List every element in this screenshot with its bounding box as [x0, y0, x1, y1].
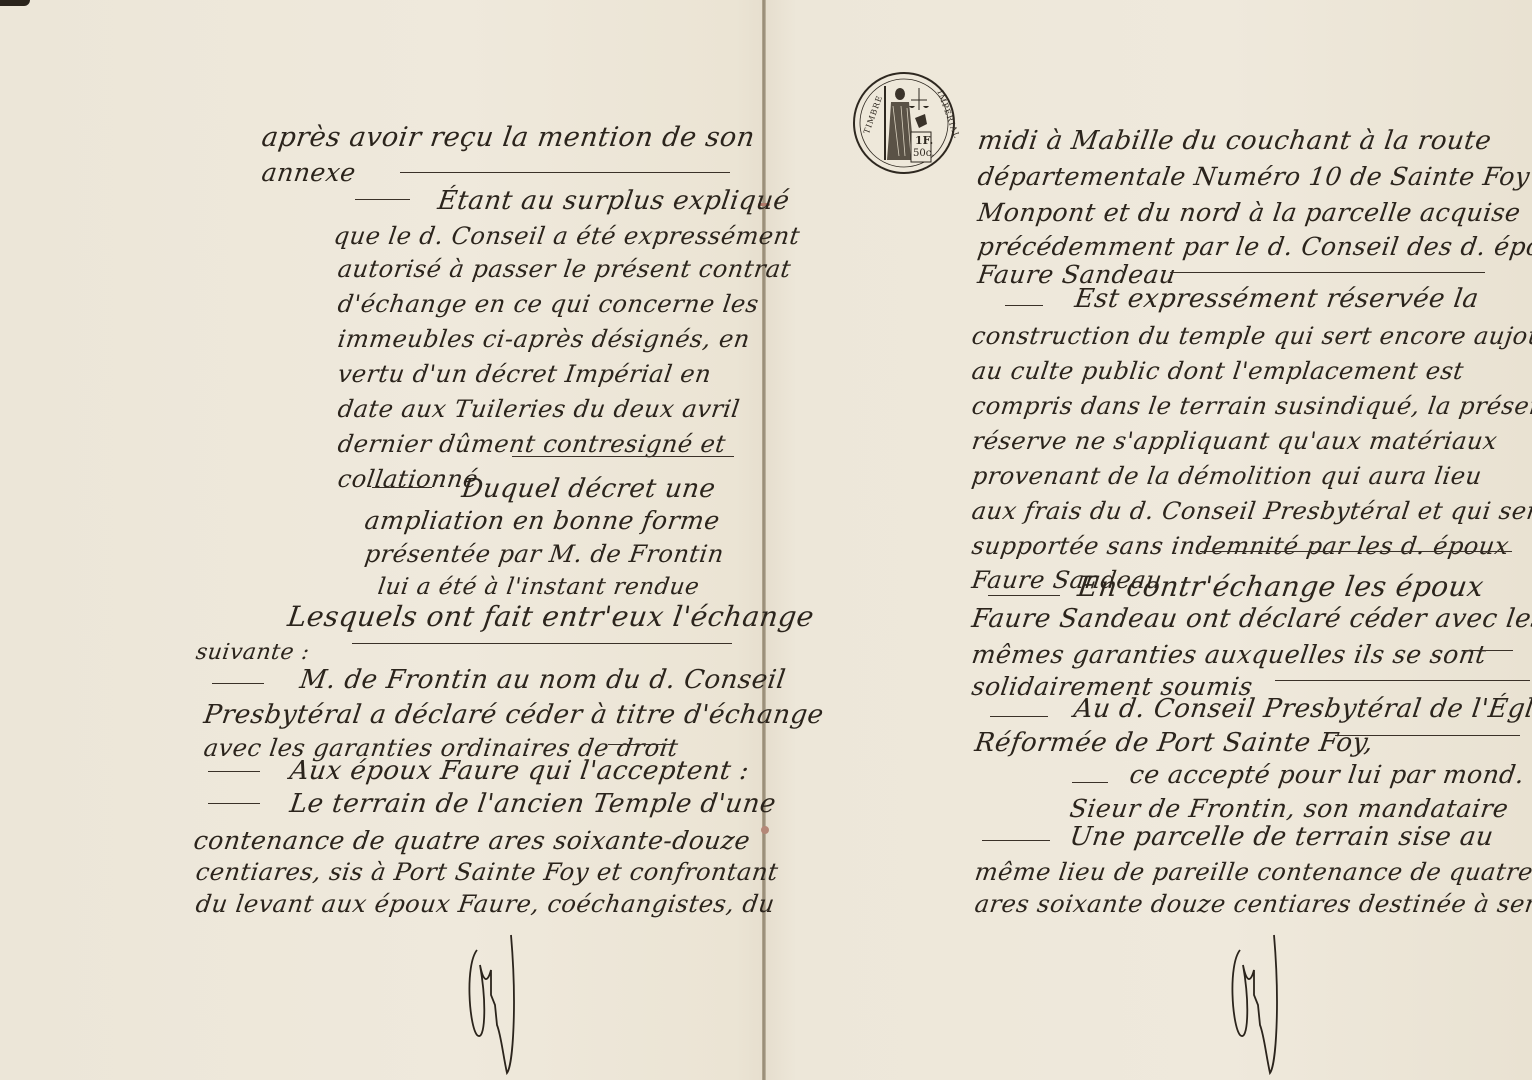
- text-line: ce accepté pour lui par mond.: [1128, 760, 1527, 789]
- initials-paraphe-icon: [455, 925, 535, 1075]
- dash: [212, 683, 264, 684]
- text-line: précédemment par le d. Conseil des d. ép…: [976, 232, 1532, 261]
- text-line: que le d. Conseil a été expressément: [332, 222, 802, 250]
- text-line: collationné: [336, 465, 480, 493]
- text-line: dernier dûment contresigné et: [336, 430, 728, 458]
- text-line: compris dans le terrain susindiqué, la p…: [970, 392, 1532, 420]
- text-line: Aux époux Faure qui l'acceptent :: [288, 756, 751, 786]
- dash: [982, 840, 1050, 841]
- text-line: Lesquels ont fait entr'eux l'échange: [286, 600, 817, 633]
- filler-rule: [400, 172, 730, 173]
- dash: [608, 744, 670, 745]
- text-line: immeubles ci-après désignés, en: [336, 325, 752, 353]
- filler-rule: [1170, 272, 1485, 273]
- text-line: suivante :: [194, 640, 311, 665]
- initials-paraphe-icon: [1218, 925, 1298, 1075]
- text-line: autorisé à passer le présent contrat: [336, 255, 793, 283]
- text-line: Le terrain de l'ancien Temple d'une: [288, 789, 778, 819]
- text-line: lui a été à l'instant rendue: [376, 574, 701, 600]
- text-line: réserve ne s'appliquant qu'aux matériaux: [970, 427, 1499, 455]
- text-line: Est expressément réservée la: [1073, 284, 1481, 314]
- text-line: Duquel décret une: [460, 474, 718, 504]
- filler-rule: [1335, 735, 1520, 736]
- text-line: après avoir reçu la mention de son: [260, 122, 757, 153]
- text-line: même lieu de pareille contenance de quat…: [973, 858, 1532, 886]
- text-line: d'échange en ce qui concerne les: [336, 290, 761, 318]
- text-line: provenant de la démolition qui aura lieu: [970, 462, 1484, 490]
- dash: [355, 199, 410, 200]
- left-page: après avoir reçu la mention de son annex…: [0, 0, 762, 1080]
- text-line: Étant au surplus expliqué: [436, 186, 792, 216]
- text-line: au culte public dont l'emplacement est: [970, 357, 1466, 385]
- text-line: M. de Frontin au nom du d. Conseil: [298, 665, 788, 695]
- stamp-value-francs: 1F.: [915, 134, 933, 147]
- text-line: centiares, sis à Port Sainte Foy et conf…: [194, 858, 780, 886]
- imperial-tax-stamp: 1F. 50c. TIMBRE IMPERIAL: [853, 72, 955, 174]
- dash: [208, 771, 260, 772]
- text-line: construction du temple qui sert encore a…: [970, 322, 1532, 350]
- text-line: supportée sans indemnité par les d. épou…: [970, 532, 1511, 560]
- text-line: En contr'échange les époux: [1076, 570, 1486, 603]
- text-line: du levant aux époux Faure, coéchangistes…: [194, 890, 777, 918]
- text-line: vertu d'un décret Impérial en: [336, 360, 713, 388]
- text-line: Monpont et du nord à la parcelle acquise: [976, 198, 1523, 227]
- text-line: date aux Tuileries du deux avril: [336, 395, 742, 423]
- filler-rule: [1200, 551, 1512, 552]
- text-line: Presbytéral a déclaré céder à titre d'éc…: [202, 700, 826, 730]
- text-line: mêmes garanties auxquelles ils se sont: [970, 640, 1488, 669]
- text-line: aux frais du d. Conseil Presbytéral et q…: [970, 497, 1532, 525]
- text-line: ampliation en bonne forme: [363, 506, 722, 535]
- dash: [990, 716, 1048, 717]
- dash: [988, 595, 1060, 596]
- text-line: contenance de quatre ares soixante-douze: [192, 826, 752, 855]
- text-line: Une parcelle de terrain sise au: [1068, 822, 1496, 852]
- filler-rule: [512, 456, 734, 457]
- text-line: midi à Mabille du couchant à la route: [976, 126, 1493, 156]
- text-line: présentée par M. de Frontin: [363, 540, 726, 568]
- text-line: Sieur de Frontin, son mandataire: [1068, 794, 1510, 823]
- dash: [1465, 650, 1513, 651]
- dash: [208, 803, 260, 804]
- stamp-value-centimes: 50c.: [913, 148, 935, 159]
- dash: [1072, 782, 1108, 783]
- text-line: Réformée de Port Sainte Foy,: [973, 728, 1375, 758]
- text-line: Faure Sandeau ont déclaré céder avec les: [970, 604, 1532, 634]
- text-line: départementale Numéro 10 de Sainte Foy à: [976, 162, 1532, 191]
- filler-rule: [1275, 680, 1530, 681]
- filler-rule: [352, 643, 732, 644]
- text-line: ares soixante douze centiares destinée à…: [973, 890, 1532, 918]
- document-spread: après avoir reçu la mention de son annex…: [0, 0, 1532, 1080]
- dash: [1005, 305, 1043, 306]
- text-line: annexe: [260, 158, 358, 187]
- dash: [372, 487, 432, 488]
- text-line: Au d. Conseil Presbytéral de l'Église: [1072, 694, 1532, 724]
